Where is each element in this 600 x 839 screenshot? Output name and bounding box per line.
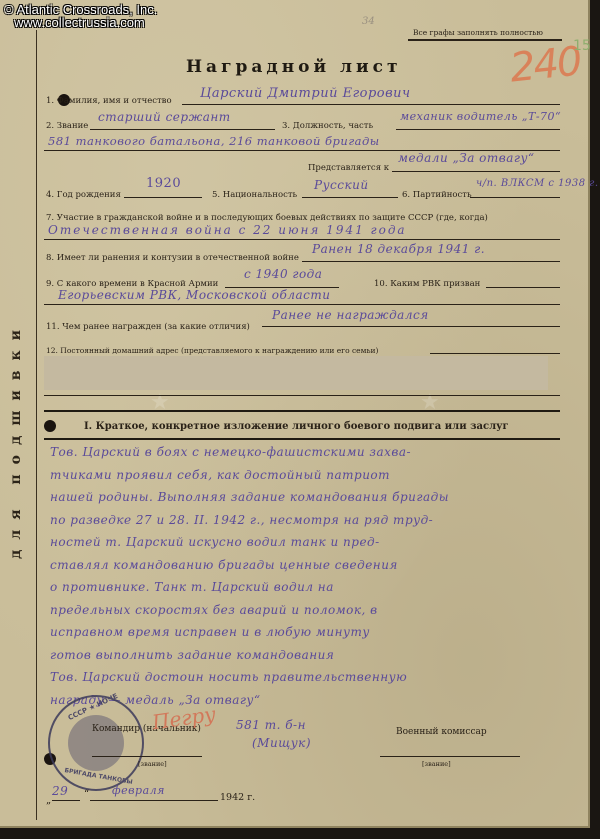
field-7-line bbox=[44, 239, 560, 240]
commissar-title-line bbox=[380, 756, 520, 757]
field-11-line bbox=[262, 326, 560, 327]
field-11-value: Ранее не награждался bbox=[272, 308, 429, 322]
field-8-label: 8. Имеет ли ранения и контузии в отечест… bbox=[46, 253, 299, 263]
narrative-line: ставлял командованию бригады ценные свед… bbox=[50, 554, 570, 577]
field-2-line bbox=[90, 129, 275, 130]
narrative-line: готов выполнить задание командования bbox=[50, 644, 570, 667]
narrative-line: нашей родины. Выполняя задание командова… bbox=[50, 486, 570, 509]
narrative-line: Тов. Царский в боях с немецко-фашистским… bbox=[50, 441, 570, 464]
pencil-note: 34 bbox=[362, 16, 375, 27]
field-4-line bbox=[124, 197, 202, 198]
field-2-label: 2. Звание bbox=[46, 121, 88, 131]
field-3-line bbox=[396, 129, 560, 130]
commander-name: (Мищук) bbox=[252, 736, 311, 750]
redacted-address-area bbox=[44, 356, 548, 390]
field-10-line-2 bbox=[44, 304, 560, 305]
commander-title-line bbox=[92, 756, 202, 757]
narrative-line: по разведке 27 и 28. II. 1942 г., несмот… bbox=[50, 509, 570, 532]
section-top-rule bbox=[44, 410, 560, 412]
field-6-value: ч/п. ВЛКСМ с 1938 г. bbox=[476, 178, 599, 189]
date-day: 29 bbox=[52, 784, 68, 798]
presented-label: Представляется к bbox=[308, 163, 389, 173]
date-close-quote: “ bbox=[84, 789, 89, 800]
field-10-value: Егорьевским РВК, Московской области bbox=[58, 288, 330, 302]
instruction-text: Все графы заполнять полностью bbox=[413, 28, 543, 37]
field-1-line bbox=[182, 104, 560, 105]
narrative-line: ностей т. Царский искусно водил танк и п… bbox=[50, 531, 570, 554]
narrative-line: исправном время исправен и в любую минут… bbox=[50, 621, 570, 644]
binding-margin-line bbox=[36, 30, 37, 820]
date-month-line bbox=[90, 800, 218, 801]
punch-hole bbox=[44, 420, 56, 432]
field-9-value: с 1940 года bbox=[244, 267, 322, 281]
field-4-value: 1920 bbox=[146, 176, 181, 191]
narrative-line: предельных скоростях без аварий и поломо… bbox=[50, 599, 570, 622]
official-stamp: СССР ★ НОЧЕ БРИГАДА ТАНКОВЫ bbox=[48, 695, 144, 791]
field-5-line bbox=[302, 197, 398, 198]
field-6-label: 6. Партийность bbox=[402, 190, 472, 200]
section-bottom-rule bbox=[44, 438, 560, 440]
website-watermark: www.collectrussia.com bbox=[14, 16, 145, 29]
field-10-line bbox=[486, 287, 560, 288]
document-title: Наградной лист bbox=[186, 57, 402, 77]
field-1-value: Царский Дмитрий Егорович bbox=[200, 86, 411, 101]
narrative-block: Тов. Царский в боях с немецко-фашистским… bbox=[50, 441, 570, 711]
date-year: 1942 г. bbox=[220, 792, 255, 803]
date-open-quote: „ bbox=[46, 795, 51, 806]
field-7-value: Отечественная война с 22 июня 1941 года bbox=[48, 223, 407, 237]
field-4-label: 4. Год рождения bbox=[46, 190, 121, 200]
commander-unit: 581 т. б-н bbox=[236, 718, 306, 732]
field-10-label: 10. Каким РВК призван bbox=[374, 279, 480, 289]
field-3-value-continued: 581 танкового батальона, 216 танковой бр… bbox=[48, 134, 380, 148]
field-12-label: 12. Постоянный домашний адрес (представл… bbox=[46, 346, 378, 355]
green-pencil-mark: 15 bbox=[573, 38, 591, 54]
field-12-line bbox=[430, 353, 560, 354]
field-3-label: 3. Должность, часть bbox=[282, 121, 373, 131]
field-5-value: Русский bbox=[314, 178, 369, 192]
field-5-label: 5. Национальность bbox=[212, 190, 297, 200]
narrative-line: о противнике. Танк т. Царский водил на bbox=[50, 576, 570, 599]
red-pencil-number: 240 bbox=[508, 38, 583, 91]
field-2-value: старший сержант bbox=[98, 110, 231, 124]
commissar-title-caption: [звание] bbox=[422, 760, 451, 768]
field-6-line bbox=[470, 197, 560, 198]
section-heading: I. Краткое, конкретное изложение личного… bbox=[84, 421, 509, 432]
binding-label: для подшивки bbox=[8, 270, 30, 610]
narrative-line: Тов. Царский достоин носить правительств… bbox=[50, 666, 570, 689]
presented-value: медали „За отвагу“ bbox=[398, 151, 535, 165]
instruction-underline bbox=[408, 39, 562, 41]
field-8-line bbox=[302, 261, 560, 262]
presented-line bbox=[392, 171, 560, 172]
field-1-label: 1. Фамилия, имя и отчество bbox=[46, 96, 172, 106]
field-8-value: Ранен 18 декабря 1941 г. bbox=[312, 242, 485, 256]
date-month: февраля bbox=[112, 784, 165, 797]
field-11-label: 11. Чем ранее награжден (за какие отличи… bbox=[46, 322, 250, 332]
field-3-value: механик водитель „Т-70“ bbox=[400, 110, 561, 123]
field-7-label: 7. Участие в гражданской войне и в после… bbox=[46, 213, 488, 223]
commander-title-caption: [звание] bbox=[138, 760, 167, 768]
field-12-line-2 bbox=[44, 395, 560, 396]
award-sheet-document: ★ ★ ★ для подшивки © Atlantic Crossroads… bbox=[0, 0, 590, 828]
narrative-line: тчиками проявил себя, как достойный патр… bbox=[50, 464, 570, 487]
commissar-label: Военный комиссар bbox=[396, 727, 487, 737]
date-day-line bbox=[52, 800, 80, 801]
